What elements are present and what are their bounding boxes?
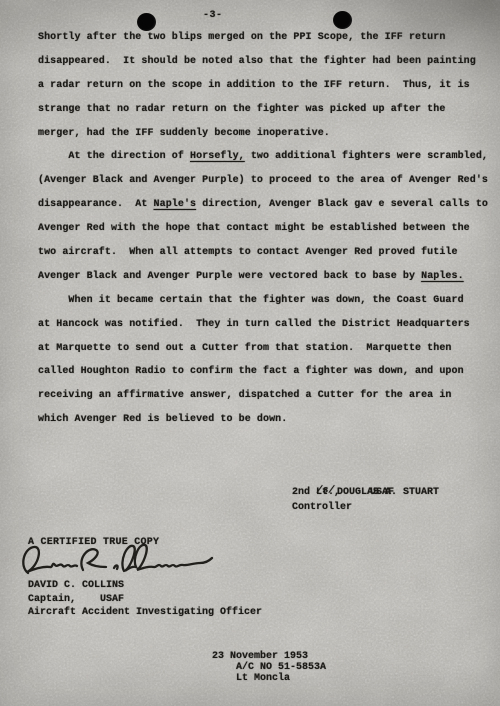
document-line: At the direction of Horsefly, two additi… bbox=[38, 145, 490, 169]
document-line: Avenger Red with the hope that contact m… bbox=[38, 217, 490, 241]
footer-pilot-reference: Lt Moncla bbox=[236, 673, 290, 684]
document-line: called Houghton Radio to confirm the fac… bbox=[38, 360, 490, 384]
document-line: at Hancock was notified. They in turn ca… bbox=[38, 313, 490, 337]
scanned-document-page: -3- Shortly after the two blips merged o… bbox=[0, 0, 500, 706]
signature-block: /s/DOUGLAS A. STUART 2nd Lt., USAF Contr… bbox=[268, 470, 439, 516]
footer-aircraft-number: A/C NO 51-5853A bbox=[236, 662, 326, 673]
document-line: which Avenger Red is believed to be down… bbox=[38, 408, 490, 432]
punch-hole-left bbox=[137, 13, 156, 31]
document-line: Shortly after the two blips merged on th… bbox=[38, 26, 490, 50]
document-line: (Avenger Black and Avenger Purple) to pr… bbox=[38, 169, 490, 193]
signed-line-1: /s/DOUGLAS A. STUART bbox=[268, 470, 439, 485]
document-body: Shortly after the two blips merged on th… bbox=[38, 26, 490, 432]
document-line: a radar return on the scope in addition … bbox=[38, 74, 490, 98]
footer-date: 23 November 1953 bbox=[212, 651, 308, 662]
certified-title: Aircraft Accident Investigating Officer bbox=[28, 606, 262, 620]
document-line: two aircraft. When all attempts to conta… bbox=[38, 241, 490, 265]
footer: 23 November 1953 A/C NO 51-5853A Lt Monc… bbox=[176, 640, 326, 695]
document-line: strange that no radar return on the figh… bbox=[38, 98, 490, 122]
document-line: at Marquette to send out a Cutter from t… bbox=[38, 337, 490, 361]
certified-rank: Captain, USAF bbox=[28, 593, 262, 607]
document-line: receiving an affirmative answer, dispatc… bbox=[38, 384, 490, 408]
document-line: Avenger Black and Avenger Purple were ve… bbox=[38, 265, 490, 289]
handwritten-signature bbox=[18, 541, 216, 585]
signed-initial-mark: /s/ bbox=[315, 484, 336, 499]
document-line: When it became certain that the fighter … bbox=[38, 289, 490, 313]
document-line: disappeared. It should be noted also tha… bbox=[38, 50, 490, 74]
signed-title: Controller bbox=[268, 500, 439, 515]
punch-hole-right bbox=[333, 11, 352, 29]
document-line: merger, had the IFF suddenly become inop… bbox=[38, 122, 490, 146]
document-line: disappearance. At Naple's direction, Ave… bbox=[38, 193, 490, 217]
page-number: -3- bbox=[203, 10, 223, 21]
